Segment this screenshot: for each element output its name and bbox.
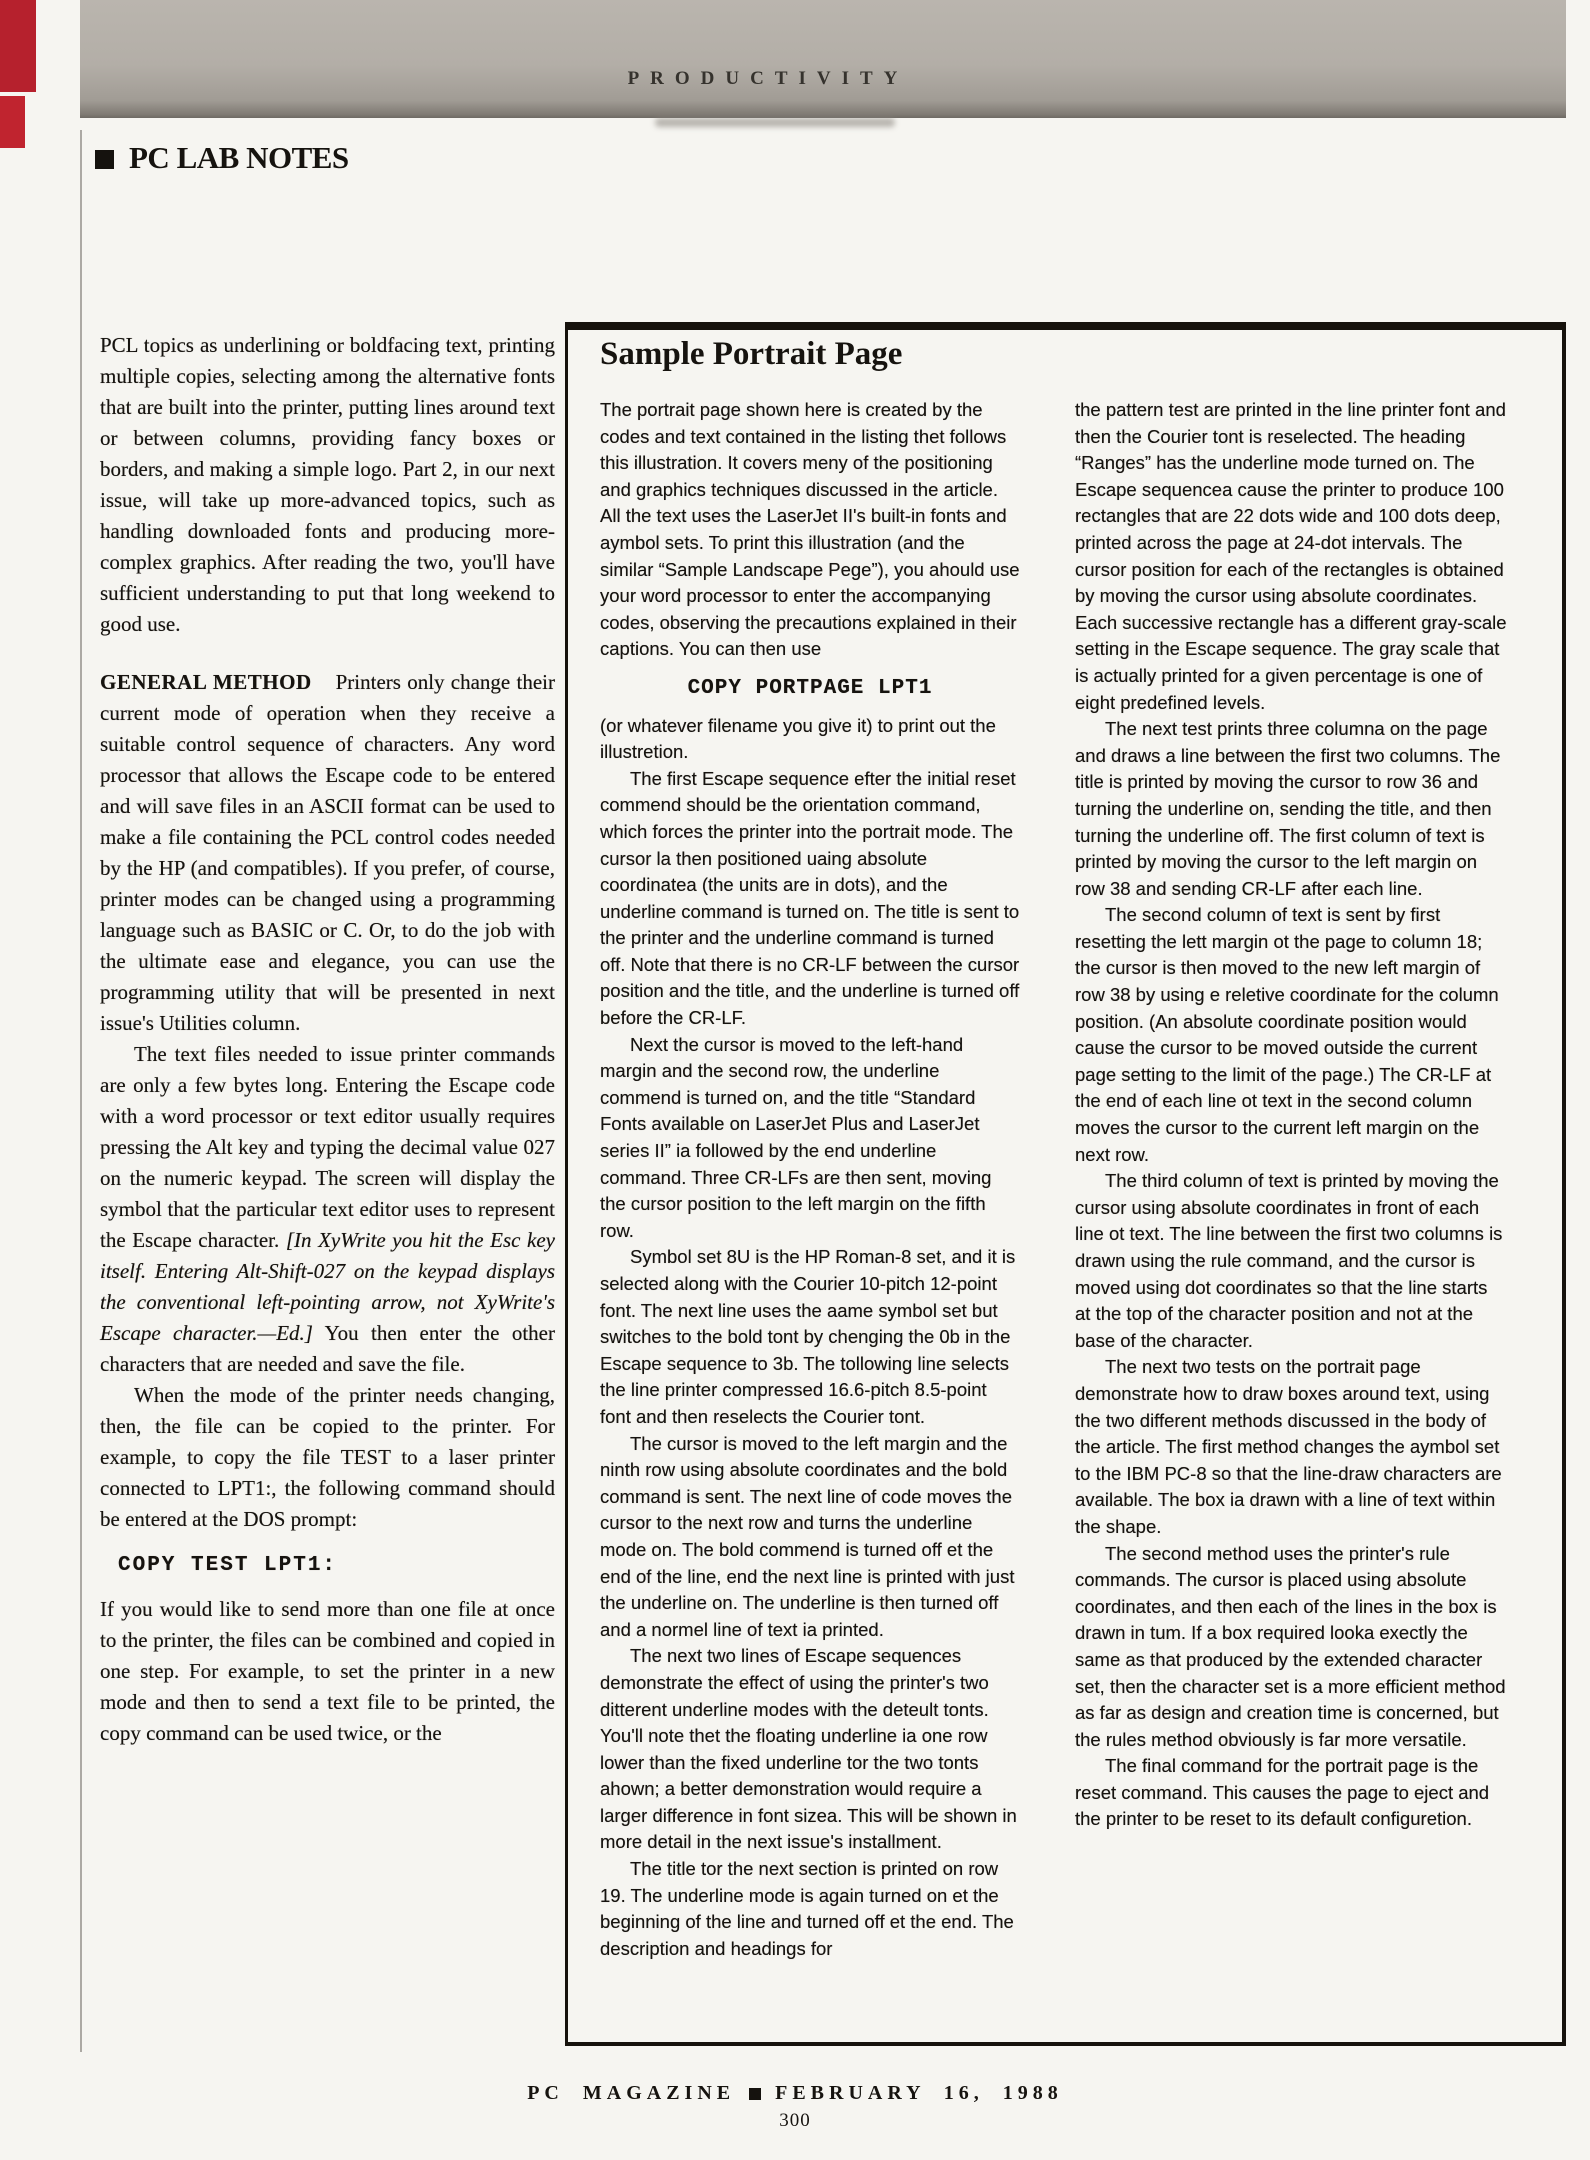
sidebar-column-1: The portrait page shown here is created … [600, 397, 1020, 1962]
sidebar-paragraph: The first Escape sequence efter the init… [600, 766, 1020, 1032]
general-method-text: Printers only change their current mode … [100, 670, 555, 1035]
top-banner: PRODUCTIVITY [80, 0, 1566, 118]
page-edge-red-mark-bottom [0, 96, 25, 148]
paragraph-text: The text files needed to issue printer c… [100, 1042, 555, 1252]
sidebar-paragraph: The next two tests on the portrait page … [1075, 1354, 1507, 1540]
section-title: PC LAB NOTES [129, 140, 349, 176]
general-method-heading: GENERAL METHOD [100, 670, 336, 694]
sidebar-paragraph: Next the cursor is moved to the left-han… [600, 1032, 1020, 1245]
banner-smudge [655, 118, 895, 127]
left-vertical-rule [80, 130, 82, 2052]
footer-square-icon [749, 2088, 761, 2100]
dos-command-copy-portpage: COPY PORTPAGE LPT1 [600, 676, 1020, 703]
sidebar-paragraph: Symbol set 8U is the HP Roman-8 set, and… [600, 1244, 1020, 1430]
sidebar-paragraph: The next two lines of Escape sequences d… [600, 1643, 1020, 1856]
sidebar-paragraph: The cursor is moved to the left margin a… [600, 1431, 1020, 1644]
article-paragraph: When the mode of the printer needs chang… [100, 1380, 555, 1535]
article-left-column: PCL topics as underlining or boldfacing … [100, 330, 555, 1749]
page-edge-red-mark-top [0, 0, 36, 92]
sidebar-paragraph: The title tor the next section is printe… [600, 1856, 1020, 1962]
footer: PC MAGAZINEFEBRUARY 16, 1988 [0, 2082, 1590, 2105]
page-number: 300 [0, 2110, 1590, 2132]
sidebar-paragraph: (or whatever filename you give it) to pr… [600, 713, 1020, 766]
banner-title: PRODUCTIVITY [80, 68, 1456, 90]
dos-command-copy-test: COPY TEST LPT1: [100, 1550, 555, 1581]
sidebar-column-2: the pattern test are printed in the line… [1075, 397, 1507, 1833]
section-square-icon [95, 150, 114, 169]
section-header: PC LAB NOTES [95, 140, 349, 176]
sidebar-paragraph: The final command for the portrait page … [1075, 1753, 1507, 1833]
article-paragraph: The text files needed to issue printer c… [100, 1039, 555, 1380]
article-paragraph: If you would like to send more than one … [100, 1594, 555, 1749]
footer-magazine: PC MAGAZINE [527, 2082, 735, 2104]
footer-date: FEBRUARY 16, 1988 [775, 2082, 1063, 2104]
sidebar-box: Sample Portrait Page The portrait page s… [565, 322, 1566, 2046]
article-paragraph: PCL topics as underlining or boldfacing … [100, 330, 555, 640]
sidebar-paragraph: The portrait page shown here is created … [600, 397, 1020, 663]
article-paragraph-general-method: GENERAL METHODPrinters only change their… [100, 667, 555, 1039]
sidebar-paragraph: The third column of text is printed by m… [1075, 1168, 1507, 1354]
sidebar-paragraph: The next test prints three columna on th… [1075, 716, 1507, 902]
sidebar-paragraph: the pattern test are printed in the line… [1075, 397, 1507, 716]
sidebar-paragraph: The second method uses the printer's rul… [1075, 1541, 1507, 1754]
magazine-page: PRODUCTIVITY PC LAB NOTES PCL topics as … [0, 0, 1590, 2160]
sidebar-paragraph: The second column of text is sent by fir… [1075, 902, 1507, 1168]
sidebar-title: Sample Portrait Page [600, 336, 902, 373]
